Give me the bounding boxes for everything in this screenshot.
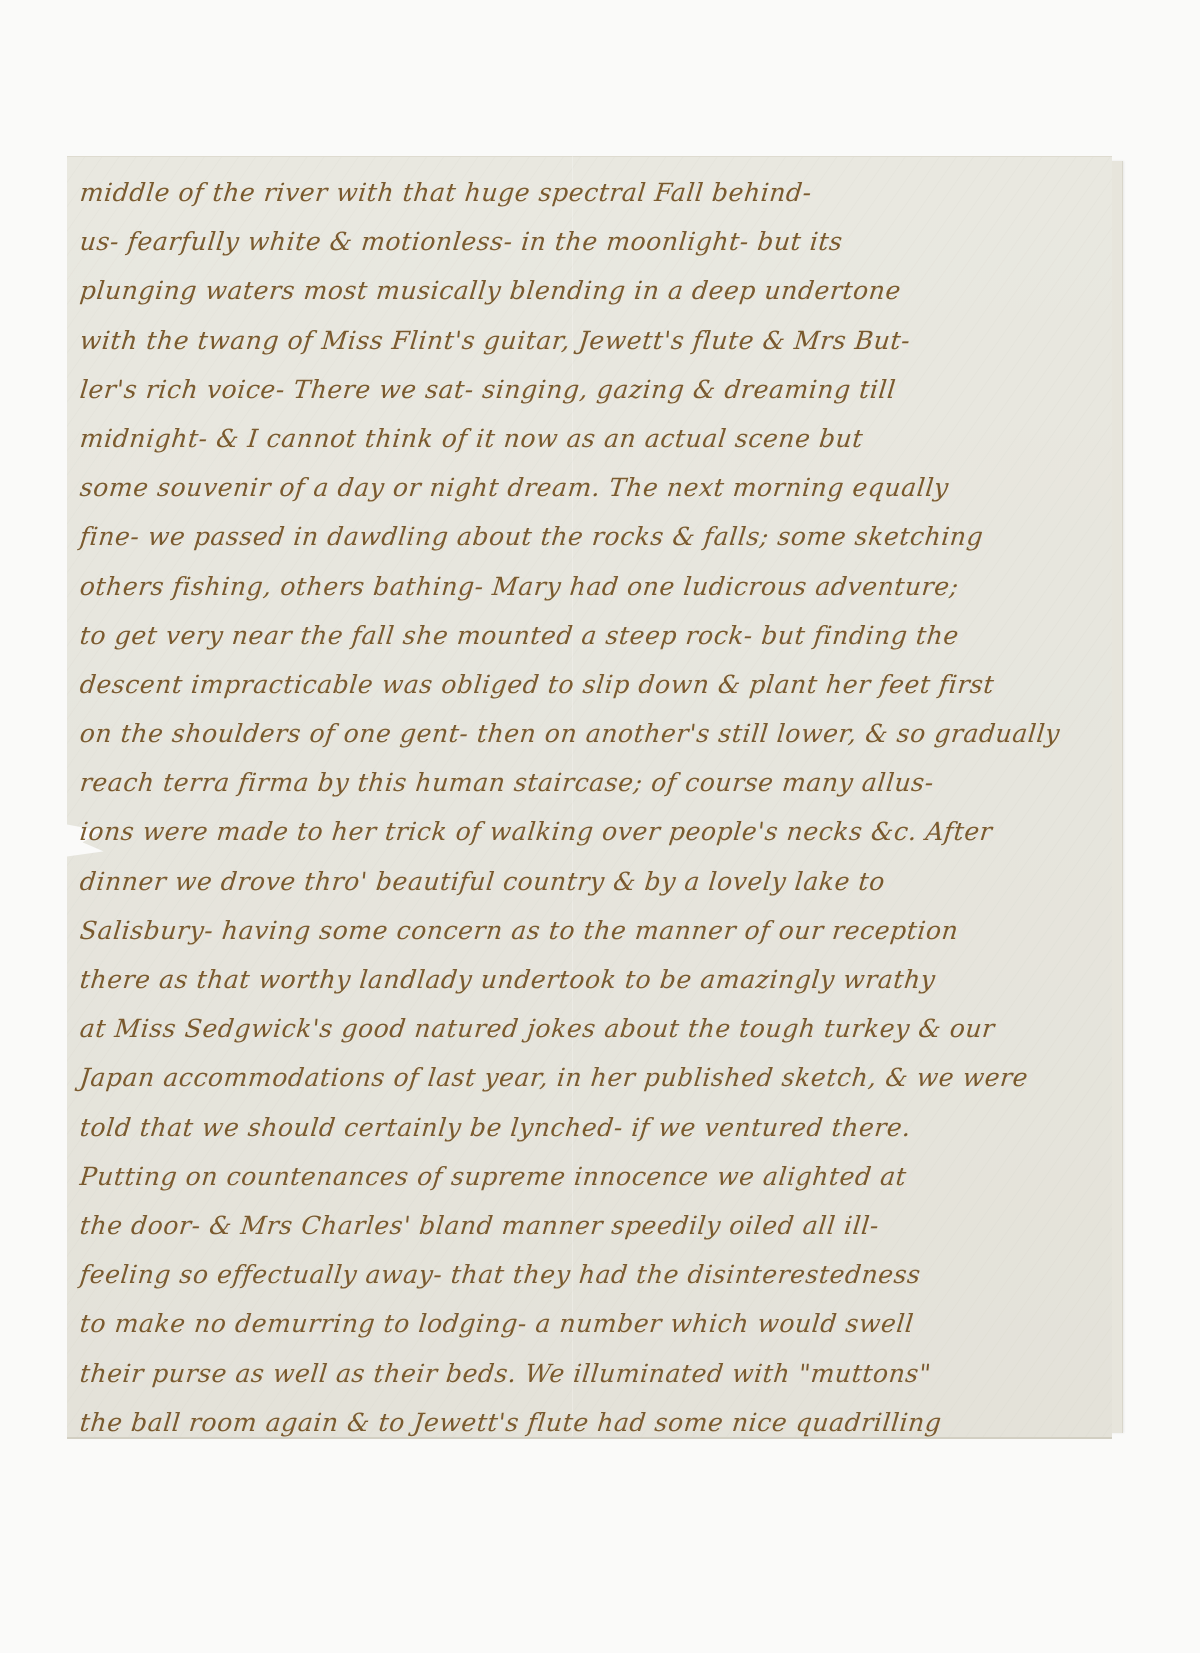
handwritten-line: midnight- & I cannot think of it now as … bbox=[77, 414, 1112, 463]
handwritten-line: the ball room again & to Jewett's flute … bbox=[77, 1398, 1112, 1447]
handwritten-line: the door- & Mrs Charles' bland manner sp… bbox=[77, 1201, 1112, 1250]
handwritten-line: dinner we drove thro' beautiful country … bbox=[77, 857, 1112, 906]
handwritten-text-block: middle of the river with that huge spect… bbox=[80, 168, 1110, 1447]
handwritten-line: there as that worthy landlady undertook … bbox=[77, 955, 1112, 1004]
handwritten-line: ler's rich voice- There we sat- singing,… bbox=[77, 365, 1112, 414]
handwritten-line: fine- we passed in dawdling about the ro… bbox=[77, 512, 1112, 561]
handwritten-line: with the twang of Miss Flint's guitar, J… bbox=[77, 316, 1112, 365]
handwritten-line: middle of the river with that huge spect… bbox=[77, 168, 1112, 217]
handwritten-line: feeling so effectually away- that they h… bbox=[77, 1250, 1112, 1299]
handwritten-line: to make no demurring to lodging- a numbe… bbox=[77, 1299, 1112, 1348]
handwritten-line: at Miss Sedgwick's good natured jokes ab… bbox=[77, 1004, 1112, 1053]
handwritten-line: on the shoulders of one gent- then on an… bbox=[77, 709, 1112, 758]
handwritten-line: plunging waters most musically blending … bbox=[77, 266, 1112, 315]
handwritten-line: Putting on countenances of supreme innoc… bbox=[77, 1152, 1112, 1201]
handwritten-line: ions were made to her trick of walking o… bbox=[77, 807, 1112, 856]
handwritten-line: Japan accommodations of last year, in he… bbox=[77, 1053, 1112, 1102]
handwritten-line: us- fearfully white & motionless- in the… bbox=[77, 217, 1112, 266]
handwritten-line: to get very near the fall she mounted a … bbox=[77, 611, 1112, 660]
handwritten-line: some souvenir of a day or night dream. T… bbox=[77, 463, 1112, 512]
handwritten-line: descent impracticable was obliged to sli… bbox=[77, 660, 1112, 709]
handwritten-line: their purse as well as their beds. We il… bbox=[77, 1349, 1112, 1398]
handwritten-line: reach terra firma by this human staircas… bbox=[77, 758, 1112, 807]
handwritten-line: Salisbury- having some concern as to the… bbox=[77, 906, 1112, 955]
handwritten-line: others fishing, others bathing- Mary had… bbox=[77, 562, 1112, 611]
handwritten-line: told that we should certainly be lynched… bbox=[77, 1103, 1112, 1152]
